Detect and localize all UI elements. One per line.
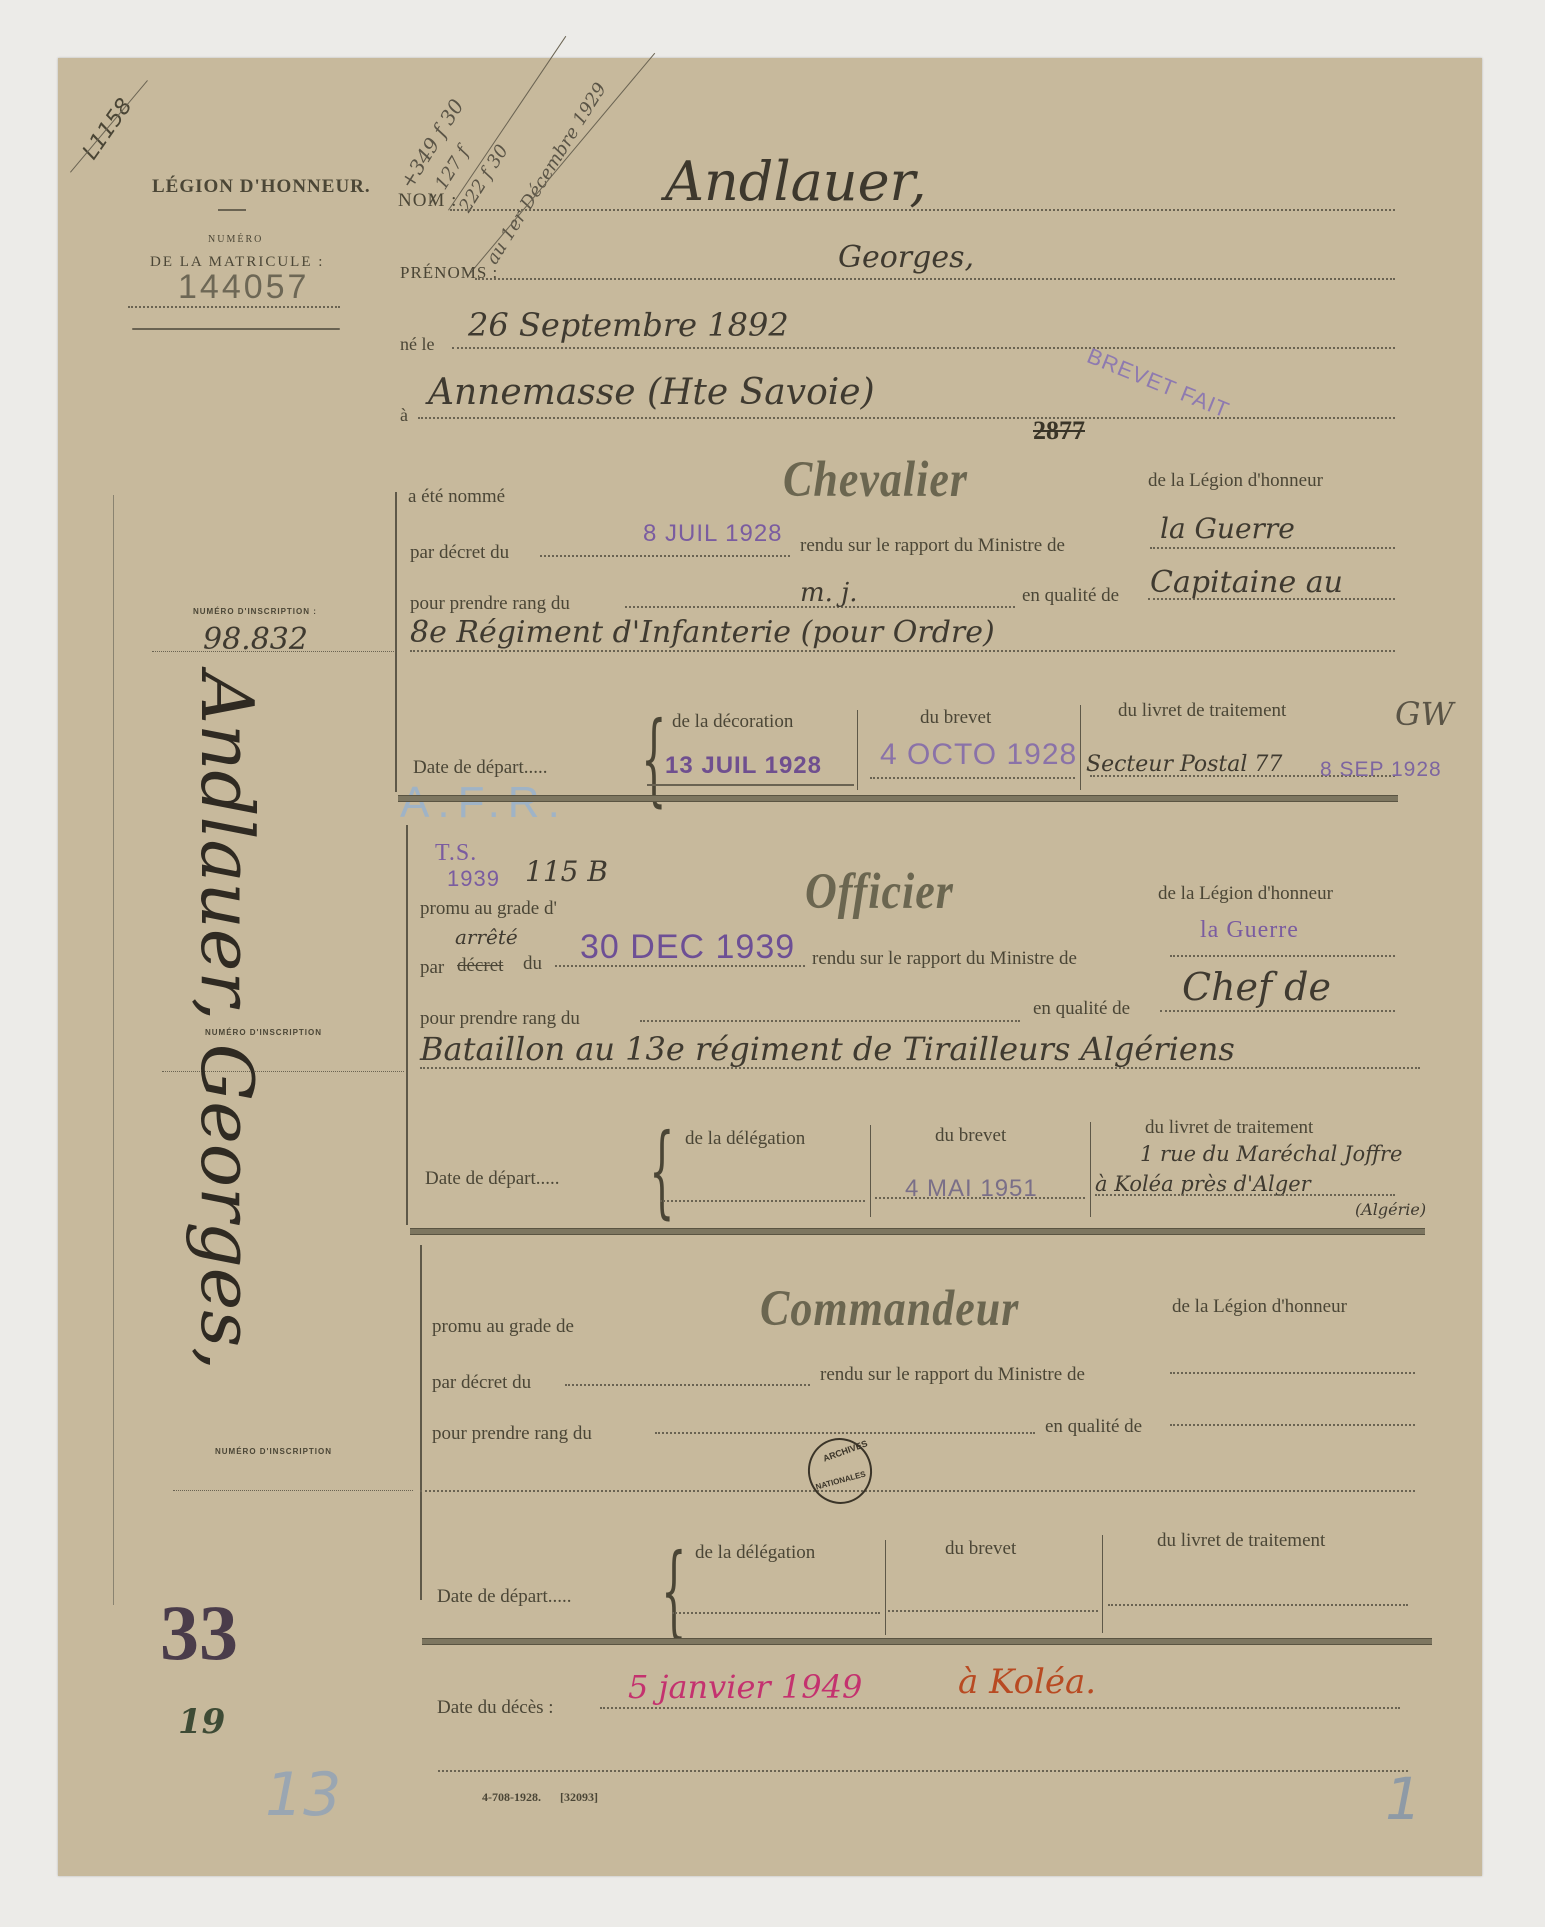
- chevalier-ministre-line: [1150, 547, 1395, 549]
- chevalier-col-livret: du livret de traitement: [1118, 700, 1286, 722]
- officier-ministre-stamp: la Guerre: [1200, 917, 1299, 944]
- officier-intro: promu au grade d': [420, 898, 557, 920]
- vertical-name: Andlauer, Georges,: [185, 672, 269, 1370]
- nom-value: Andlauer,: [665, 150, 927, 213]
- officier-depart-label: Date de départ.....: [425, 1168, 560, 1190]
- commandeur-qualite-line: [1170, 1424, 1415, 1426]
- chevalier-ministre-label: rendu sur le rapport du Ministre de: [800, 535, 1065, 557]
- officier-bracket: [406, 825, 408, 1225]
- commandeur-brevet-line: [888, 1610, 1098, 1612]
- chevalier-decoration-line: [647, 784, 854, 786]
- chevalier-qualite-line-2: [410, 650, 1395, 652]
- officier-rang-label: pour prendre rang du: [420, 1008, 580, 1030]
- officier-decret-struck: décret: [457, 955, 503, 977]
- commandeur-brace: {: [661, 1532, 686, 1649]
- inscription-line-3: [173, 1490, 413, 1491]
- commandeur-col-divider-2: [1102, 1535, 1103, 1633]
- chevalier-qualite-label: en qualité de: [1022, 585, 1119, 607]
- chevalier-decret-line: [540, 555, 790, 557]
- chevalier-decret-stamp: 8 JUIL 1928: [643, 520, 783, 548]
- officier-livret-value-2: à Koléa près d'Alger: [1095, 1172, 1311, 1196]
- chevalier-brevet-stamp: 4 OCTO 1928: [880, 738, 1077, 772]
- legion-title: LÉGION D'HONNEUR.: [152, 176, 371, 198]
- officier-rang-line: [640, 1020, 1020, 1022]
- commandeur-grade: Commandeur: [760, 1279, 1019, 1338]
- commandeur-livret-line: [1108, 1604, 1408, 1606]
- commandeur-qualite-line-2: [420, 1490, 1415, 1492]
- chevalier-livret-value: Secteur Postal 77: [1086, 752, 1282, 777]
- officier-livret-value-1: 1 rue du Maréchal Joffre: [1140, 1142, 1402, 1166]
- officier-qualite-value-2: Bataillon au 13e régiment de Tirailleurs…: [420, 1030, 1235, 1068]
- officier-qualite-value: Chef de: [1182, 965, 1331, 1009]
- birthplace-value: Annemasse (Hte Savoie): [428, 372, 875, 413]
- struck-number: 2877: [1033, 416, 1085, 446]
- officier-ministre-line: [1170, 955, 1395, 957]
- officier-col-livret: du livret de traitement: [1145, 1117, 1313, 1139]
- a-label: à: [400, 405, 408, 426]
- officier-decret-stamp: 30 DEC 1939: [580, 928, 795, 967]
- officier-qualite-line: [1160, 1010, 1395, 1012]
- chevalier-col-brevet: du brevet: [920, 707, 991, 729]
- officier-col-divider-2: [1090, 1122, 1091, 1217]
- deces-place: à Koléa.: [958, 1662, 1096, 1702]
- commandeur-col-livret: du livret de traitement: [1157, 1530, 1325, 1552]
- officier-livret-line: [1095, 1194, 1395, 1196]
- officier-ministre-label: rendu sur le rapport du Ministre de: [812, 948, 1077, 970]
- inscription-label-1: NUMÉRO D'INSCRIPTION :: [193, 607, 317, 616]
- officier-suffix: de la Légion d'honneur: [1158, 883, 1333, 905]
- print-code: [32093]: [560, 1790, 598, 1805]
- chevalier-suffix: de la Légion d'honneur: [1148, 470, 1323, 492]
- chevalier-col-decoration: de la décoration: [672, 711, 793, 733]
- chevalier-rang-value: m. j.: [800, 578, 858, 608]
- ts-stamp-2: 1939: [447, 866, 500, 892]
- commandeur-rang-line: [655, 1432, 1035, 1434]
- matricule-flourish: [132, 328, 340, 330]
- chevalier-initials: GW: [1395, 695, 1453, 733]
- ne-le-label: né le: [400, 334, 434, 355]
- chevalier-grade: Chevalier: [783, 450, 968, 509]
- officier-decret-par: par: [420, 957, 444, 979]
- prenoms-line: [475, 278, 1395, 280]
- chevalier-decret-label: par décret du: [410, 542, 509, 564]
- officier-ref-note: 115 B: [525, 855, 608, 888]
- big-number-stamp: 33: [160, 1588, 238, 1678]
- deces-line: [600, 1707, 1400, 1709]
- chevalier-ministre-value: la Guerre: [1160, 512, 1295, 545]
- small-number: 19: [178, 1702, 225, 1742]
- officier-divider: [410, 1228, 1425, 1235]
- commandeur-decret-line: [565, 1384, 810, 1386]
- deces-date: 5 janvier 1949: [628, 1668, 862, 1706]
- commandeur-bracket: [420, 1245, 422, 1600]
- officier-livret-value-3: (Algérie): [1355, 1200, 1426, 1219]
- birth-date-value: 26 Septembre 1892: [468, 306, 789, 344]
- chevalier-divider: [398, 795, 1398, 802]
- chevalier-col-divider-1: [857, 710, 858, 790]
- officier-brace: {: [649, 1112, 674, 1229]
- nom-label: NOM :: [398, 190, 457, 212]
- prenoms-value: Georges,: [838, 240, 974, 275]
- chevalier-brevet-line: [870, 777, 1075, 779]
- commandeur-decret-label: par décret du: [432, 1372, 531, 1394]
- ne-le-line: [452, 347, 1395, 349]
- officier-col-delegation: de la délégation: [685, 1128, 805, 1150]
- ts-stamp-1: T.S.: [435, 840, 477, 867]
- commandeur-intro: promu au grade de: [432, 1316, 574, 1338]
- officier-decret-du: du: [523, 953, 542, 975]
- commandeur-col-divider-1: [885, 1540, 886, 1635]
- chevalier-intro: a été nommé: [408, 486, 505, 508]
- matricule-line: [128, 306, 340, 308]
- commandeur-delegation-line: [672, 1612, 880, 1614]
- chevalier-decoration-stamp: 13 JUIL 1928: [665, 752, 822, 780]
- pencil-number: 13: [265, 1760, 341, 1830]
- inscription-line-1: [152, 651, 394, 652]
- chevalier-qualite-value-2: 8e Régiment d'Infanterie (pour Ordre): [410, 615, 995, 650]
- chevalier-qualite-value: Capitaine au: [1150, 565, 1343, 600]
- officier-grade: Officier: [805, 862, 954, 921]
- inscription-label-3: NUMÉRO D'INSCRIPTION: [215, 1447, 332, 1456]
- officier-col-brevet: du brevet: [935, 1125, 1006, 1147]
- page-number: 1: [1385, 1765, 1422, 1833]
- birthplace-line: [418, 417, 1395, 419]
- prenoms-label: PRÉNOMS :: [400, 263, 498, 283]
- commandeur-qualite-label: en qualité de: [1045, 1416, 1142, 1438]
- commandeur-suffix: de la Légion d'honneur: [1172, 1296, 1347, 1318]
- sidebar-vertical-rule: [113, 495, 114, 1605]
- matricule-value: 144057: [178, 268, 309, 307]
- commandeur-col-delegation: de la délégation: [695, 1542, 815, 1564]
- commandeur-divider: [422, 1638, 1432, 1645]
- officier-brevet-line: [875, 1197, 1085, 1199]
- commandeur-ministre-line: [1170, 1372, 1415, 1374]
- deces-line-2: [438, 1770, 1408, 1772]
- chevalier-bracket: [395, 492, 397, 792]
- commandeur-col-brevet: du brevet: [945, 1538, 1016, 1560]
- officier-arrete-note: arrêté: [455, 925, 518, 949]
- chevalier-rang-label: pour prendre rang du: [410, 593, 570, 615]
- print-reference: 4-708-1928.: [482, 1790, 541, 1805]
- matricule-label-1: NUMÉRO: [208, 234, 263, 245]
- title-underline: [218, 209, 246, 211]
- chevalier-col-divider-2: [1080, 705, 1081, 790]
- afr-stamp: A.F.R.: [400, 778, 568, 828]
- officier-delegation-line: [660, 1200, 865, 1202]
- officier-col-divider-1: [870, 1125, 871, 1217]
- commandeur-depart-label: Date de départ.....: [437, 1586, 572, 1608]
- chevalier-livret-stamp: 8 SEP 1928: [1320, 758, 1442, 782]
- chevalier-depart-label: Date de départ.....: [413, 757, 548, 779]
- commandeur-rang-label: pour prendre rang du: [432, 1423, 592, 1445]
- deces-label: Date du décès :: [437, 1697, 554, 1719]
- commandeur-ministre-label: rendu sur le rapport du Ministre de: [820, 1364, 1085, 1386]
- officier-qualite-label: en qualité de: [1033, 998, 1130, 1020]
